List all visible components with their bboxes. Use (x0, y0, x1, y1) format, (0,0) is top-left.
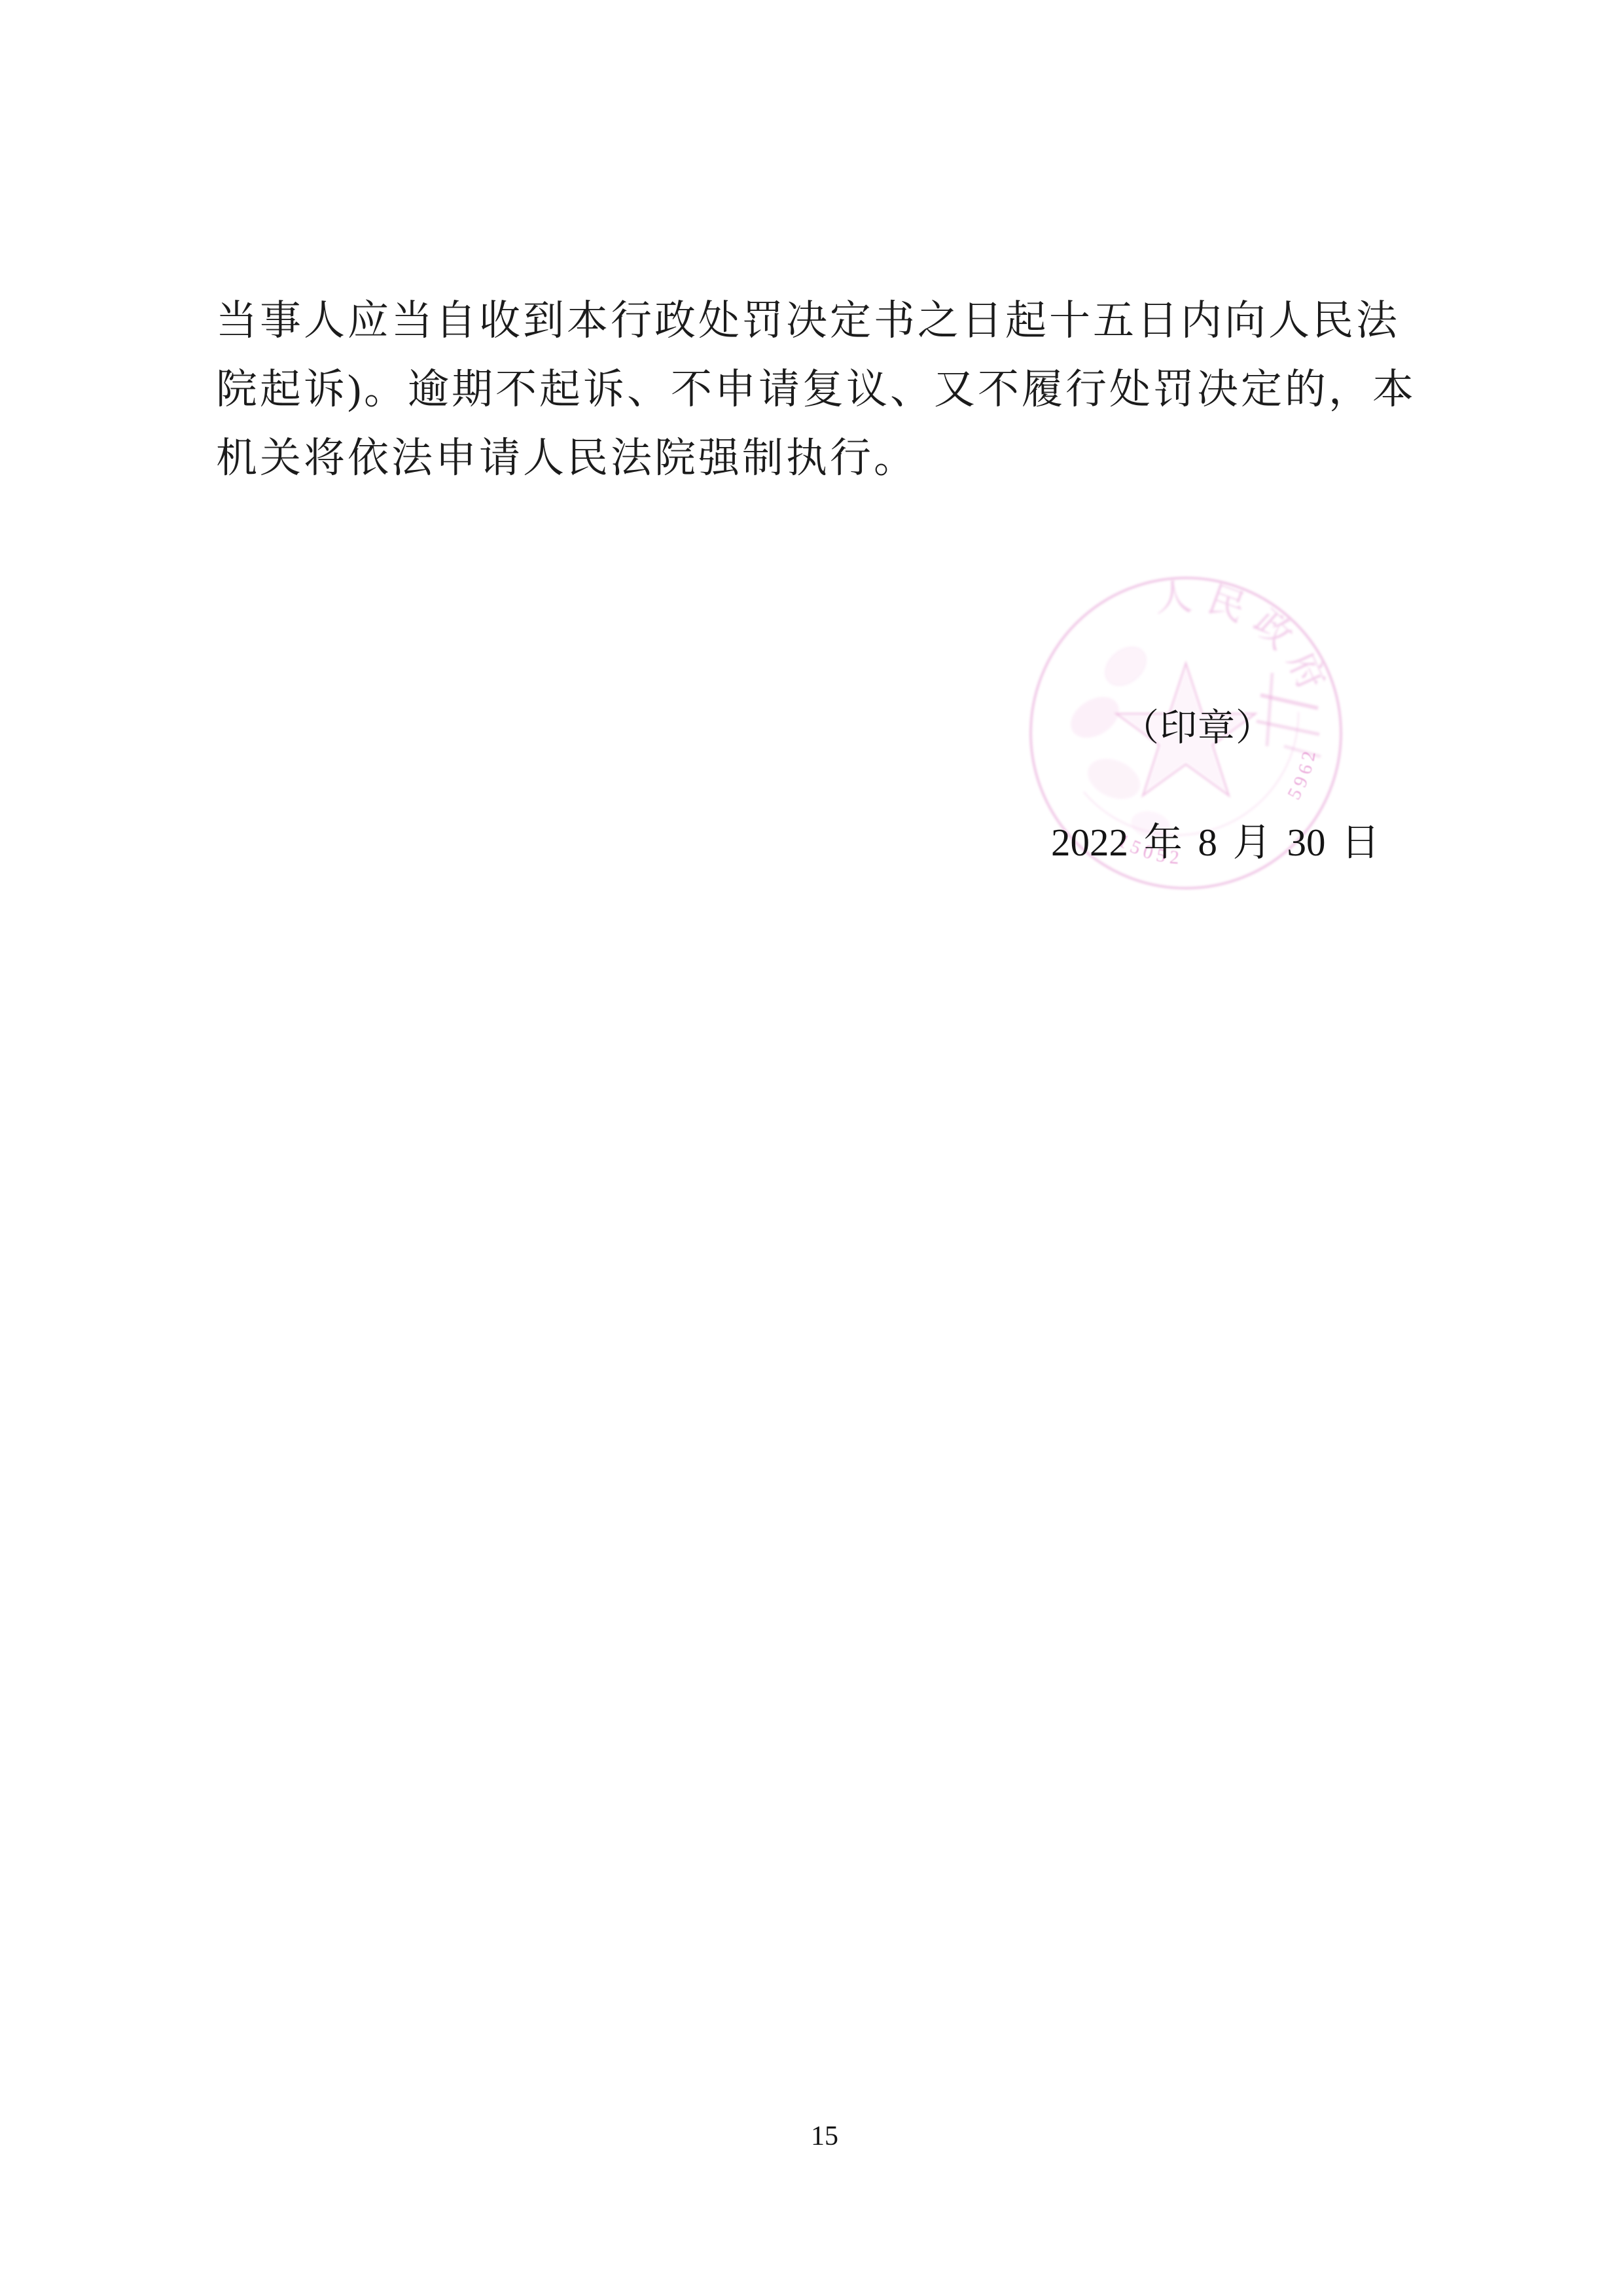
seal-ink-smudge (1063, 689, 1126, 746)
seal-serial-number-right: 5962 (1283, 745, 1321, 803)
document-page: 当事人应当自收到本行政处罚决定书之日起十五日内向人民法 院起诉)。逾期不起诉、不… (0, 0, 1623, 2296)
body-paragraph: 当事人应当自收到本行政处罚决定书之日起十五日内向人民法 院起诉)。逾期不起诉、不… (216, 287, 1416, 493)
seal-ink-smudge (1097, 638, 1155, 694)
paragraph-line-3: 机关将依法申请人民法院强制执行。 (216, 424, 1416, 493)
paragraph-line-1: 当事人应当自收到本行政处罚决定书之日起十五日内向人民法 (216, 287, 1416, 355)
seal-ink-smudge (1081, 751, 1147, 806)
page-number: 15 (759, 2121, 890, 2152)
svg-text:5962: 5962 (1283, 745, 1321, 803)
seal-placeholder-label: （印章） (1122, 708, 1274, 749)
paragraph-line-2: 院起诉)。逾期不起诉、不申请复议、又不履行处罚决定的，本 (216, 355, 1416, 424)
signature-date: 2022 年 8 月 30 日 (1051, 822, 1380, 863)
